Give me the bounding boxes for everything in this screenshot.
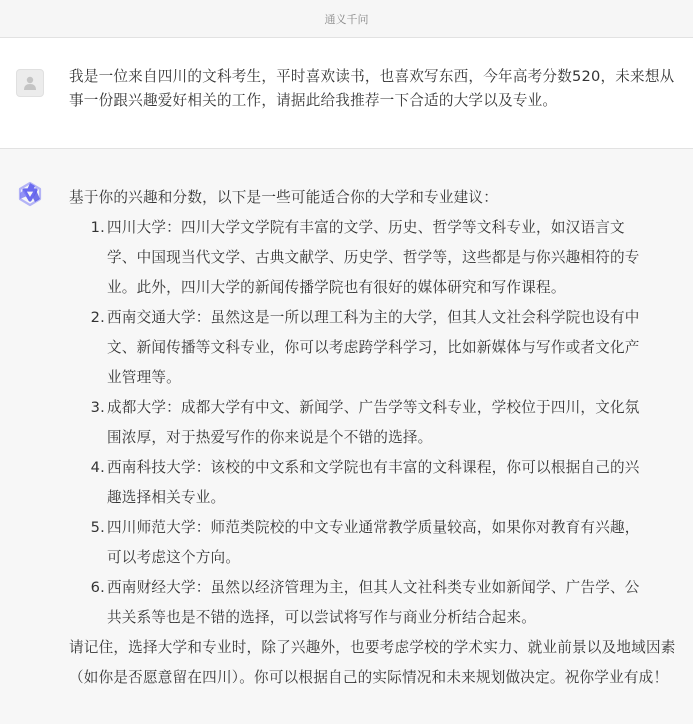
assistant-message: 基于你的兴趣和分数，以下是一些可能适合你的大学和专业建议： 1.四川大学：四川大… <box>0 149 693 723</box>
assistant-avatar <box>16 180 44 208</box>
item-text: 西南财经大学：虽然以经济管理为主，但其人文社科类专业如新闻学、广告学、公共关系等… <box>107 579 640 626</box>
item-number: 2. <box>89 303 105 333</box>
list-item: 1.四川大学：四川大学文学院有丰富的文学、历史、哲学等文科专业，如汉语言文学、中… <box>107 213 679 303</box>
item-text: 四川大学：四川大学文学院有丰富的文学、历史、哲学等文科专业，如汉语言文学、中国现… <box>107 219 640 296</box>
item-text: 四川师范大学：师范类院校的中文专业通常教学质量较高，如果你对教育有兴趣，可以考虑… <box>107 519 640 566</box>
user-message: 我是一位来自四川的文科考生，平时喜欢读书，也喜欢写东西，今年高考分数520，未来… <box>0 38 693 149</box>
item-number: 6. <box>89 573 105 603</box>
list-item: 5.四川师范大学：师范类院校的中文专业通常教学质量较高，如果你对教育有兴趣，可以… <box>107 513 679 573</box>
user-avatar <box>16 69 44 97</box>
list-item: 4.西南科技大学：该校的中文系和文学院也有丰富的文科课程，你可以根据自己的兴趣选… <box>107 453 679 513</box>
tongyi-logo-icon <box>16 180 44 208</box>
list-item: 3.成都大学：成都大学有中文、新闻学、广告学等文科专业，学校位于四川，文化氛围浓… <box>107 393 679 453</box>
list-item: 6.西南财经大学：虽然以经济管理为主，但其人文社科类专业如新闻学、广告学、公共关… <box>107 573 679 633</box>
item-text: 成都大学：成都大学有中文、新闻学、广告学等文科专业，学校位于四川，文化氛围浓厚，… <box>107 399 640 446</box>
title-bar: 通义千问 <box>0 0 693 38</box>
assistant-intro: 基于你的兴趣和分数，以下是一些可能适合你的大学和专业建议： <box>69 183 679 213</box>
item-text: 西南科技大学：该校的中文系和文学院也有丰富的文科课程，你可以根据自己的兴趣选择相… <box>107 459 640 506</box>
list-item: 2.西南交通大学：虽然这是一所以理工科为主的大学，但其人文社会科学院也设有中文、… <box>107 303 679 393</box>
item-number: 5. <box>89 513 105 543</box>
assistant-message-text: 基于你的兴趣和分数，以下是一些可能适合你的大学和专业建议： 1.四川大学：四川大… <box>69 183 679 693</box>
assistant-closing: 请记住，选择大学和专业时，除了兴趣外，也要考虑学校的学术实力、就业前景以及地域因… <box>69 633 679 693</box>
item-number: 4. <box>89 453 105 483</box>
window-title: 通义千问 <box>325 11 369 27</box>
user-message-text: 我是一位来自四川的文科考生，平时喜欢读书，也喜欢写东西，今年高考分数520，未来… <box>69 65 679 113</box>
user-silhouette-icon <box>22 75 38 91</box>
item-number: 3. <box>89 393 105 423</box>
recommendation-list: 1.四川大学：四川大学文学院有丰富的文学、历史、哲学等文科专业，如汉语言文学、中… <box>69 213 679 633</box>
item-number: 1. <box>89 213 105 243</box>
item-text: 西南交通大学：虽然这是一所以理工科为主的大学，但其人文社会科学院也设有中文、新闻… <box>107 309 640 386</box>
